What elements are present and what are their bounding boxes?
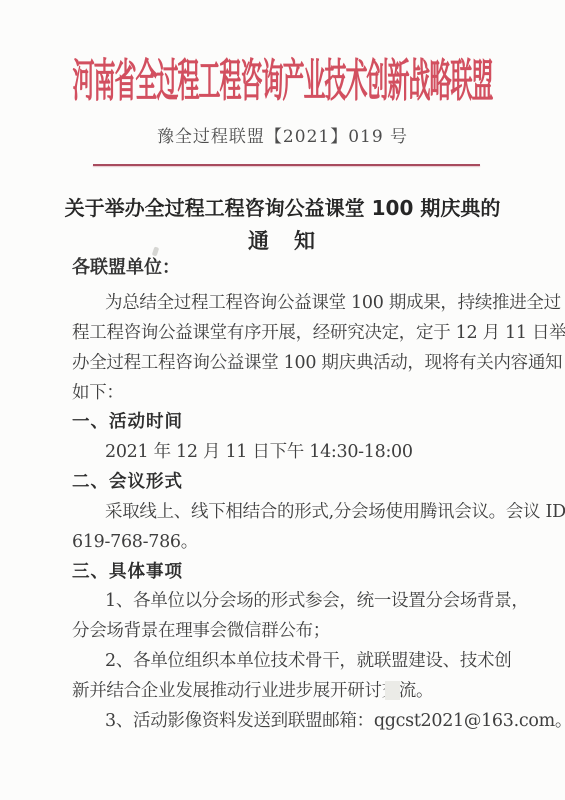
notice-title-line2: 通 知 bbox=[0, 229, 565, 254]
item-2-line: 新并结合企业发展推动行业进步展开研讨交流。 bbox=[72, 677, 512, 707]
document-number: 豫全过程联盟【2021】019 号 bbox=[0, 126, 565, 148]
item-2-line: 2、各单位组织本单位技术骨干，就联盟建设、技术创 bbox=[72, 647, 512, 677]
section-heading-specific-items: 三、具体事项 bbox=[72, 558, 512, 588]
scan-artifact bbox=[152, 246, 160, 256]
meeting-format-line: 采取线上、线下相结合的形式,分会场使用腾讯会议。会议 ID: bbox=[72, 498, 512, 528]
notice-title-line1: 关于举办全过程工程咨询公益课堂 100 期庆典的 bbox=[0, 196, 565, 220]
body-line: 程工程咨询公益课堂有序开展，经研究决定，定于 12 月 11 日举 bbox=[72, 319, 512, 349]
organization-title: 河南省全过程工程咨询产业技术创新战略联盟 bbox=[0, 59, 565, 104]
body-line: 如下： bbox=[72, 379, 512, 409]
item-3-email-line: 3、活动影像资料发送到联盟邮箱：qgcst2021@163.com。 bbox=[72, 707, 512, 737]
meeting-id-value: 619-768-786。 bbox=[72, 528, 512, 558]
scan-artifact bbox=[385, 681, 400, 700]
item-1-line: 分会场背景在理事会微信群公布； bbox=[72, 617, 512, 647]
body-line: 办全过程工程咨询公益课堂 100 期庆典活动，现将有关内容通知 bbox=[72, 349, 512, 379]
section-heading-meeting-format: 二、会议形式 bbox=[72, 468, 512, 498]
section-heading-activity-time: 一、活动时间 bbox=[72, 408, 512, 438]
activity-time-value: 2021 年 12 月 11 日下午 14:30-18:00 bbox=[72, 438, 512, 468]
notice-body: 为总结全过程工程咨询公益课堂 100 期成果，持续推进全过 程工程咨询公益课堂有… bbox=[72, 289, 512, 737]
scanned-notice-page: 河南省全过程工程咨询产业技术创新战略联盟 豫全过程联盟【2021】019 号 关… bbox=[0, 0, 565, 800]
salutation: 各联盟单位： bbox=[72, 257, 180, 279]
body-line: 为总结全过程工程咨询公益课堂 100 期成果，持续推进全过 bbox=[72, 289, 512, 319]
header-divider-rule bbox=[93, 164, 480, 166]
item-1-line: 1、各单位以分会场的形式参会，统一设置分会场背景， bbox=[72, 587, 512, 617]
